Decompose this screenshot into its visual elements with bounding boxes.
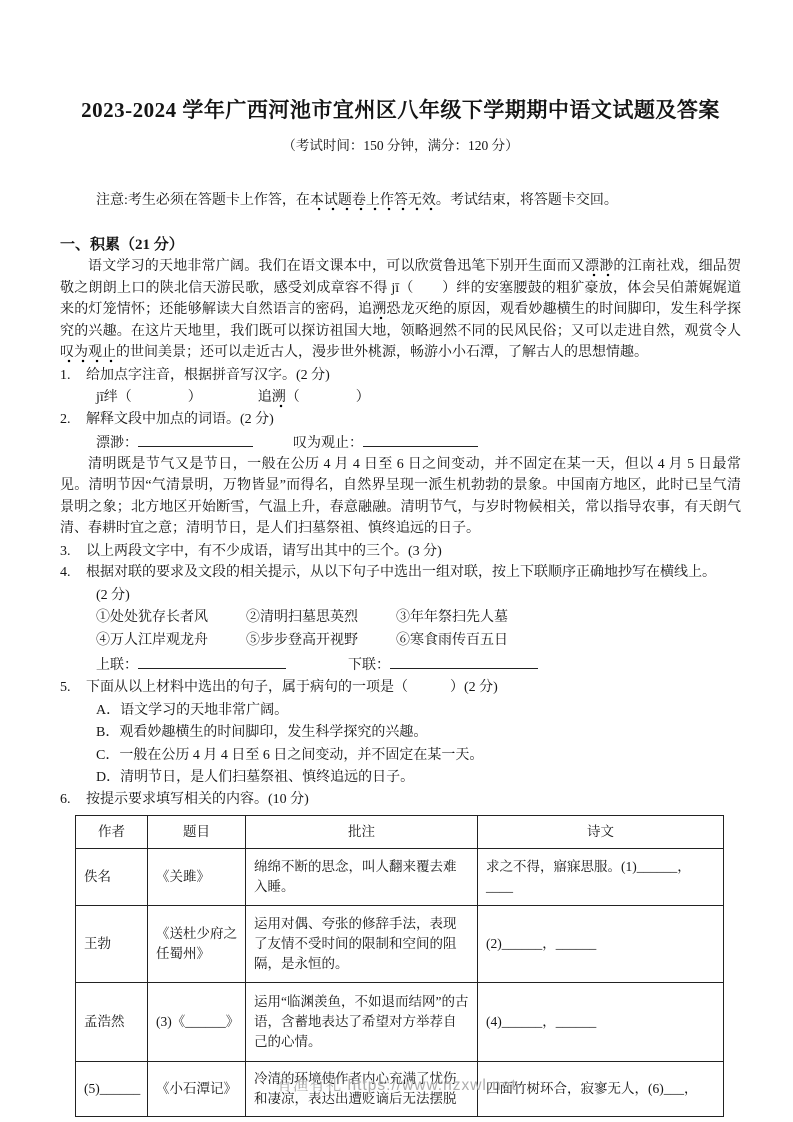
couplet-option: ③年年祭扫先人墓	[396, 608, 508, 628]
question-5: 5. 下面从以上材料中选出的句子，属于病句的一项是（ ）(2 分)	[60, 678, 741, 698]
question-2-blanks: 漂渺：叹为观止：	[86, 432, 741, 454]
answer-blank	[390, 654, 538, 669]
emphasized-word: 漂渺	[585, 259, 613, 277]
table-row: 佚名 《关雎》 绵绵不断的思念，叫人翻来覆去难入睡。 求之不得，寤寐思服。(1)…	[76, 849, 724, 906]
table-row: 王勃 《送杜少府之任蜀州》 运用对偶、夸张的修辞手法，表现了友情不受时间的限制和…	[76, 906, 724, 983]
question-6: 6. 按提示要求填写相关的内容。(10 分)	[60, 790, 741, 810]
couplet-option: ①处处犹存长者风	[96, 608, 208, 628]
option-a: A．语文学习的天地非常广阔。	[96, 701, 741, 721]
doc-subtitle: （考试时间：150 分钟，满分：120 分）	[60, 135, 741, 156]
question-number: 3.	[60, 542, 86, 562]
option-b: B．观看妙趣横生的时间脚印，发生科学探究的兴趣。	[96, 723, 741, 743]
header-author: 作者	[76, 816, 148, 849]
section-heading-accumulation: 一、积累（21 分）	[60, 235, 741, 256]
author-cell: 佚名	[76, 849, 148, 906]
annotation-cell: 绵绵不断的思念，叫人翻来覆去难入睡。	[246, 849, 478, 906]
title-cell: (3)《______》	[148, 983, 246, 1062]
header-annotation: 批注	[246, 816, 478, 849]
qingming-paragraph: 清明既是节气又是节日，一般在公历 4 月 4 日至 6 日之间变动，并不固定在某…	[60, 454, 741, 540]
emphasized-word: 叹为观止	[60, 345, 116, 363]
exam-paper-page: 2023-2024 学年广西河池市宜州区八年级下学期期中语文试题及答案 （考试时…	[0, 0, 793, 1122]
word-label: 漂渺：	[96, 436, 138, 451]
shanglian-label: 上联：	[96, 658, 138, 673]
notice-text: 。考试结束，将答题卡交回。	[436, 193, 618, 208]
intro-paragraph: 语文学习的天地非常广阔。我们在语文课本中，可以欣赏鲁迅笔下别开生面而又漂渺的江南…	[60, 256, 741, 364]
question-number: 1.	[60, 366, 86, 386]
answer-blank	[363, 432, 478, 447]
question-1: 1. 给加点字注音，根据拼音写汉字。(2 分)	[60, 366, 741, 386]
couplet-option: ⑤步步登高开视野	[246, 631, 358, 651]
answer-blank	[138, 432, 253, 447]
xialian-label: 下联：	[348, 658, 390, 673]
footer-watermark: 有渔有礼 https://www.nzxwl.net	[0, 1075, 793, 1096]
option-c: C．一般在公历 4 月 4 日至 6 日之间变动，并不固定在某一天。	[96, 746, 741, 766]
couplet-options-row2: ④万人江岸观龙舟⑤步步登高开视野⑥寒食雨传百五日	[86, 631, 741, 651]
poem-cell: 求之不得，寤寐思服。(1)______，____	[478, 849, 724, 906]
emphasized-word: 溯	[272, 390, 286, 408]
author-cell: 王勃	[76, 906, 148, 983]
question-2: 2. 解释文段中加点的词语。(2 分)	[60, 410, 741, 430]
poetry-fill-table: 作者 题目 批注 诗文 佚名 《关雎》 绵绵不断的思念，叫人翻来覆去难入睡。 求…	[75, 815, 724, 1117]
question-number: 4.	[60, 563, 86, 583]
paragraph-text: 的世间美景；还可以走近古人，漫步世外桃源，畅游小小石潭，了解古人的思想情趣。	[116, 345, 648, 360]
couplet-option: ②清明扫墓思英烈	[246, 608, 358, 628]
option-d: D．清明节日，是人们扫墓祭祖、慎终追远的日子。	[96, 768, 741, 788]
pinyin-blank: jī绊（ ）	[96, 390, 202, 405]
title-cell: 《送杜少府之任蜀州》	[148, 906, 246, 983]
emphasized-word: 本试题卷上作答无效	[310, 193, 436, 211]
title-cell: 《关雎》	[148, 849, 246, 906]
question-text: 给加点字注音，根据拼音写汉字。(2 分)	[86, 366, 741, 386]
table-row: 孟浩然 (3)《______》 运用“临渊羡鱼，不如退而结网”的古语，含蓄地表达…	[76, 983, 724, 1062]
pinyin-blank: （ ）	[286, 390, 370, 405]
question-text: 根据对联的要求及文段的相关提示，从以下句子中选出一组对联，按上下联顺序正确地抄写…	[86, 563, 741, 583]
emphasized-word: 溯	[372, 302, 386, 320]
annotated-word: 追	[258, 390, 272, 405]
couplet-option: ⑥寒食雨传百五日	[396, 631, 508, 651]
couplet-answer-line: 上联：下联：	[96, 654, 741, 676]
poem-cell: (2)______，______	[478, 906, 724, 983]
couplet-options-row1: ①处处犹存长者风②清明扫墓思英烈③年年祭扫先人墓	[86, 608, 741, 628]
question-3: 3. 以上两段文字中，有不少成语，请写出其中的三个。(3 分)	[60, 542, 741, 562]
author-cell: 孟浩然	[76, 983, 148, 1062]
notice-text: 注意:考生必须在答题卡上作答，在	[96, 193, 310, 208]
couplet-option: ④万人江岸观龙舟	[96, 631, 208, 651]
exam-notice: 注意:考生必须在答题卡上作答，在本试题卷上作答无效。考试结束，将答题卡交回。	[60, 190, 741, 211]
doc-title: 2023-2024 学年广西河池市宜州区八年级下学期期中语文试题及答案	[60, 96, 741, 124]
poem-cell: (4)______，______	[478, 983, 724, 1062]
word-label: 叹为观止：	[293, 436, 363, 451]
annotation-cell: 运用“临渊羡鱼，不如退而结网”的古语，含蓄地表达了希望对方举荐自己的心情。	[246, 983, 478, 1062]
question-text: 解释文段中加点的词语。(2 分)	[86, 410, 741, 430]
question-text: 以上两段文字中，有不少成语，请写出其中的三个。(3 分)	[86, 542, 741, 562]
paragraph-text: 语文学习的天地非常广阔。我们在语文课本中，可以欣赏鲁迅笔下别开生面而又	[88, 259, 585, 274]
question-4-score: (2 分)	[86, 586, 741, 606]
question-text: 按提示要求填写相关的内容。(10 分)	[86, 790, 741, 810]
header-poem: 诗文	[478, 816, 724, 849]
question-number: 2.	[60, 410, 86, 430]
header-title: 题目	[148, 816, 246, 849]
question-text: 下面从以上材料中选出的句子，属于病句的一项是（ ）(2 分)	[86, 678, 741, 698]
question-number: 6.	[60, 790, 86, 810]
table-header-row: 作者 题目 批注 诗文	[76, 816, 724, 849]
question-1-blanks: jī绊（ ）追溯（ ）	[86, 388, 741, 408]
annotation-cell: 运用对偶、夸张的修辞手法，表现了友情不受时间的限制和空间的阻隔，是永恒的。	[246, 906, 478, 983]
question-4: 4. 根据对联的要求及文段的相关提示，从以下句子中选出一组对联，按上下联顺序正确…	[60, 563, 741, 583]
question-number: 5.	[60, 678, 86, 698]
answer-blank	[138, 654, 286, 669]
